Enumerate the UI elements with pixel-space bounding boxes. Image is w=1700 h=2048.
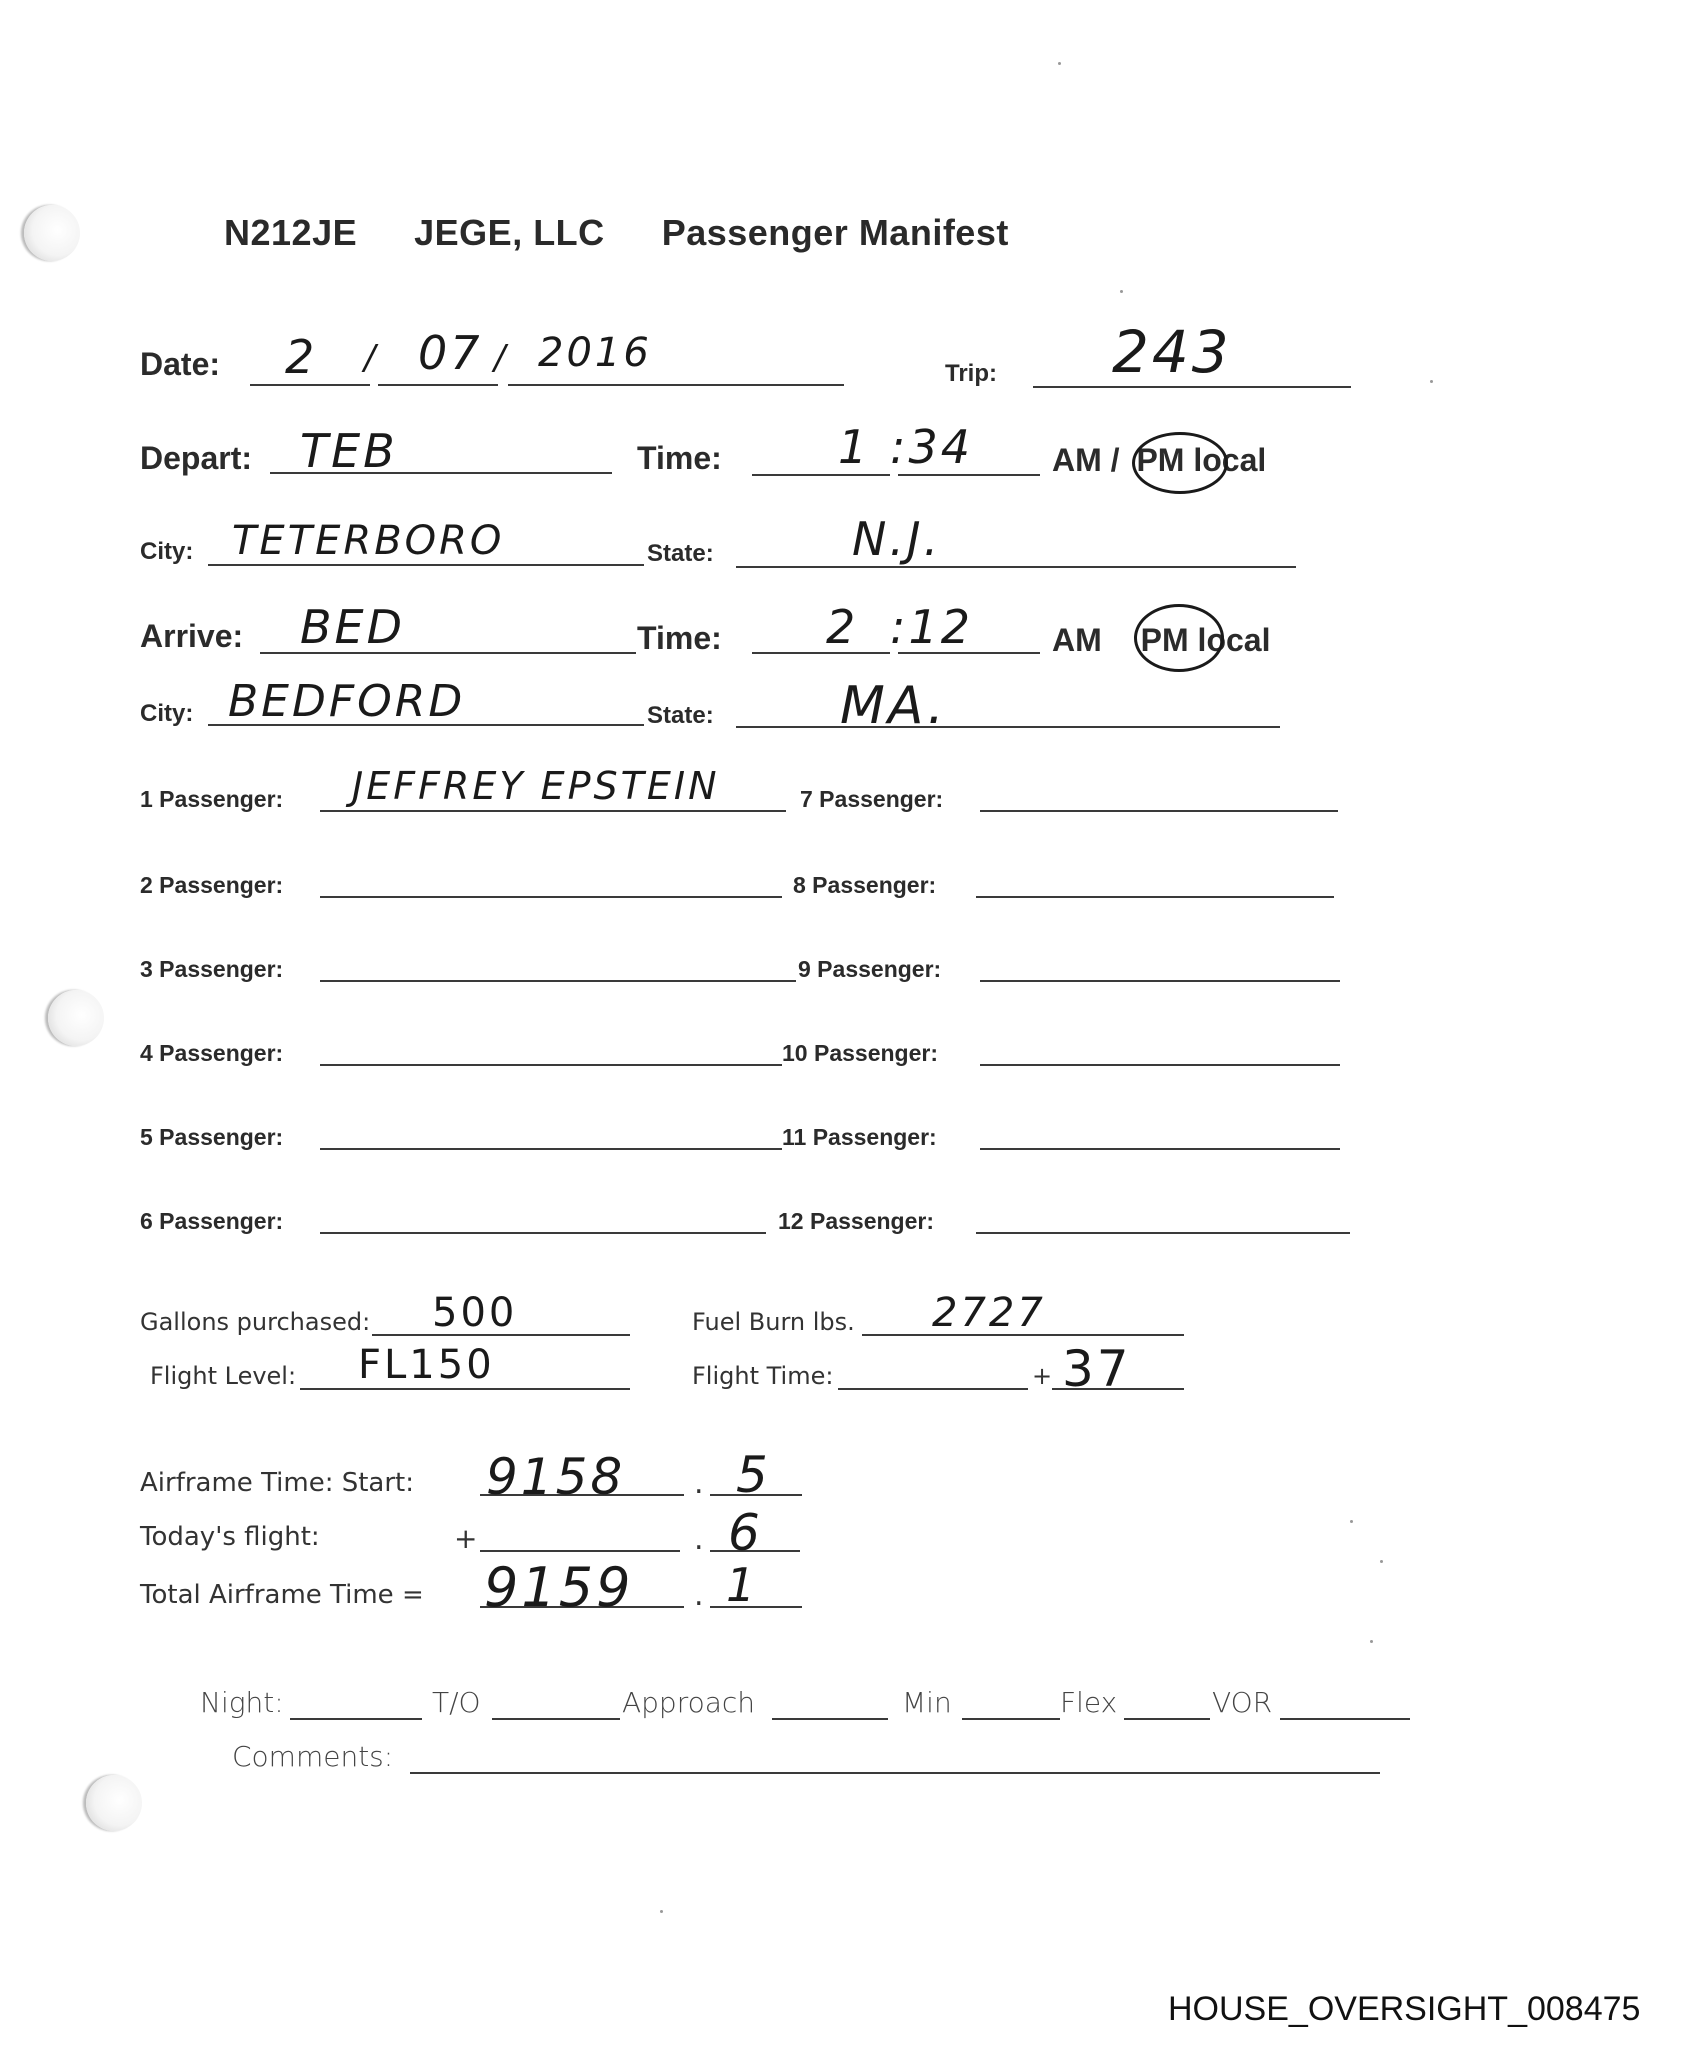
gallons-label: Gallons purchased: bbox=[140, 1308, 370, 1336]
depart-city-label: City: bbox=[140, 538, 193, 566]
approach-label: Approach bbox=[622, 1686, 755, 1719]
date-day-value: 07 bbox=[418, 326, 483, 380]
flight-time-minutes-value: 37 bbox=[1062, 1340, 1132, 1398]
am-option[interactable]: AM / bbox=[1052, 442, 1120, 478]
total-airframe-whole-value: 9159 bbox=[484, 1556, 633, 1619]
comments-label: Comments: bbox=[232, 1740, 393, 1773]
todays-flight-tenth-value: 6 bbox=[728, 1504, 763, 1562]
todays-flight-label: Today's flight: bbox=[140, 1522, 320, 1552]
depart-minute-value: :34 bbox=[890, 420, 973, 474]
approach-field[interactable] bbox=[772, 1718, 888, 1720]
passenger-5-label: 5 Passenger: bbox=[140, 1124, 283, 1151]
passenger-7-label: 7 Passenger: bbox=[800, 786, 943, 813]
flex-field[interactable] bbox=[1124, 1718, 1210, 1720]
comments-field[interactable] bbox=[410, 1772, 1380, 1774]
depart-time-label: Time: bbox=[637, 440, 722, 477]
takeoff-field[interactable] bbox=[492, 1718, 620, 1720]
date-sep: / bbox=[494, 338, 508, 378]
pm-selected-circle bbox=[1134, 604, 1224, 672]
scan-speck bbox=[1350, 1520, 1353, 1523]
depart-airport-value: TEB bbox=[300, 424, 398, 478]
form-title: Passenger Manifest bbox=[662, 212, 1009, 253]
binder-hole-middle bbox=[48, 990, 104, 1046]
flight-time-label: Flight Time: bbox=[692, 1362, 833, 1390]
passenger-2-field[interactable] bbox=[320, 896, 782, 898]
trip-number-field[interactable] bbox=[1033, 386, 1351, 388]
date-sep: / bbox=[364, 338, 378, 378]
decimal-point: . bbox=[694, 1522, 704, 1557]
passenger-2-label: 2 Passenger: bbox=[140, 872, 283, 899]
night-label: Night: bbox=[200, 1686, 284, 1719]
depart-city-field[interactable] bbox=[208, 564, 644, 566]
passenger-10-field[interactable] bbox=[980, 1064, 1340, 1066]
gallons-value: 500 bbox=[432, 1290, 517, 1336]
todays-flight-whole-field[interactable] bbox=[480, 1550, 680, 1552]
passenger-6-field[interactable] bbox=[320, 1232, 766, 1234]
arrive-label: Arrive: bbox=[140, 618, 243, 655]
date-day-field[interactable] bbox=[378, 384, 498, 386]
passenger-1-field[interactable] bbox=[320, 810, 786, 812]
depart-minute-field[interactable] bbox=[898, 474, 1040, 476]
arrive-state-label: State: bbox=[647, 702, 714, 730]
passenger-12-label: 12 Passenger: bbox=[778, 1208, 934, 1235]
airframe-start-tenth-value: 5 bbox=[736, 1446, 771, 1504]
bates-number: HOUSE_OVERSIGHT_008475 bbox=[1168, 1990, 1640, 2029]
scan-speck bbox=[1058, 62, 1061, 65]
flight-time-plus: + bbox=[1032, 1362, 1052, 1390]
arrive-city-value: BEDFORD bbox=[228, 676, 465, 727]
arrive-city-label: City: bbox=[140, 700, 193, 728]
date-year-field[interactable] bbox=[508, 384, 844, 386]
date-year-value: 2016 bbox=[538, 330, 652, 376]
vor-label: VOR bbox=[1212, 1686, 1272, 1719]
min-field[interactable] bbox=[962, 1718, 1060, 1720]
flight-level-label: Flight Level: bbox=[150, 1362, 296, 1390]
scan-speck bbox=[1430, 380, 1433, 383]
total-airframe-tenth-value: 1 bbox=[726, 1558, 758, 1612]
passenger-3-field[interactable] bbox=[320, 980, 796, 982]
decimal-point: . bbox=[694, 1578, 704, 1613]
scan-speck bbox=[1120, 290, 1123, 293]
night-field[interactable] bbox=[290, 1718, 422, 1720]
depart-label: Depart: bbox=[140, 440, 252, 477]
takeoff-label: T/O bbox=[432, 1686, 481, 1719]
fuel-burn-value: 2727 bbox=[932, 1290, 1046, 1336]
arrive-state-field[interactable] bbox=[736, 726, 1280, 728]
passenger-6-label: 6 Passenger: bbox=[140, 1208, 283, 1235]
fuel-burn-label: Fuel Burn lbs. bbox=[692, 1308, 855, 1336]
scan-speck bbox=[1370, 1640, 1373, 1643]
passenger-10-label: 10 Passenger: bbox=[782, 1040, 938, 1067]
passenger-3-label: 3 Passenger: bbox=[140, 956, 283, 983]
flight-time-hours-field[interactable] bbox=[838, 1388, 1028, 1390]
airframe-start-label: Airframe Time: Start: bbox=[140, 1468, 414, 1498]
depart-state-field[interactable] bbox=[736, 566, 1296, 568]
min-label: Min bbox=[902, 1686, 952, 1719]
arrive-hour-value: 2 bbox=[826, 600, 858, 654]
depart-hour-field[interactable] bbox=[752, 474, 890, 476]
trip-number-value: 243 bbox=[1112, 318, 1232, 386]
passenger-7-field[interactable] bbox=[980, 810, 1338, 812]
arrive-airport-value: BED bbox=[300, 600, 405, 654]
date-month-field[interactable] bbox=[250, 384, 370, 386]
scan-speck bbox=[1380, 1560, 1383, 1563]
scan-speck bbox=[660, 1910, 663, 1913]
passenger-11-field[interactable] bbox=[980, 1148, 1340, 1150]
binder-hole-top bbox=[24, 205, 80, 261]
passenger-4-field[interactable] bbox=[320, 1064, 782, 1066]
total-airframe-label: Total Airframe Time = bbox=[140, 1580, 424, 1610]
trip-label: Trip: bbox=[945, 360, 997, 388]
flight-level-field[interactable] bbox=[300, 1388, 630, 1390]
passenger-1-label: 1 Passenger: bbox=[140, 786, 283, 813]
binder-hole-bottom bbox=[86, 1775, 142, 1831]
passenger-12-field[interactable] bbox=[976, 1232, 1350, 1234]
arrive-hour-field[interactable] bbox=[752, 652, 890, 654]
passenger-9-label: 9 Passenger: bbox=[798, 956, 941, 983]
todays-flight-plus: + bbox=[454, 1522, 477, 1555]
vor-field[interactable] bbox=[1280, 1718, 1410, 1720]
depart-state-label: State: bbox=[647, 540, 714, 568]
airframe-start-whole-value: 9158 bbox=[486, 1448, 625, 1506]
passenger-11-label: 11 Passenger: bbox=[782, 1124, 937, 1151]
date-label: Date: bbox=[140, 346, 220, 383]
passenger-1-value: JEFFREY EPSTEIN bbox=[352, 764, 720, 808]
company-name: JEGE, LLC bbox=[414, 212, 605, 253]
depart-city-value: TETERBORO bbox=[232, 518, 504, 564]
flight-level-value: FL150 bbox=[358, 1342, 495, 1388]
arrive-state-value: MA. bbox=[840, 676, 947, 736]
depart-state-value: N.J. bbox=[852, 512, 941, 566]
decimal-point: . bbox=[694, 1466, 704, 1501]
depart-hour-value: 1 bbox=[838, 420, 870, 474]
date-month-value: 2 bbox=[285, 330, 317, 384]
passenger-9-field[interactable] bbox=[980, 980, 1340, 982]
tail-number: N212JE bbox=[224, 212, 357, 253]
passenger-5-field[interactable] bbox=[320, 1148, 782, 1150]
passenger-8-label: 8 Passenger: bbox=[793, 872, 936, 899]
flex-label: Flex bbox=[1060, 1686, 1117, 1719]
arrive-time-label: Time: bbox=[637, 620, 722, 657]
arrive-minute-value: :12 bbox=[890, 600, 973, 654]
am-option[interactable]: AM bbox=[1052, 622, 1102, 658]
passenger-4-label: 4 Passenger: bbox=[140, 1040, 283, 1067]
passenger-8-field[interactable] bbox=[976, 896, 1334, 898]
form-header: N212JE JEGE, LLC Passenger Manifest bbox=[224, 212, 1009, 254]
pm-selected-circle bbox=[1132, 432, 1228, 494]
